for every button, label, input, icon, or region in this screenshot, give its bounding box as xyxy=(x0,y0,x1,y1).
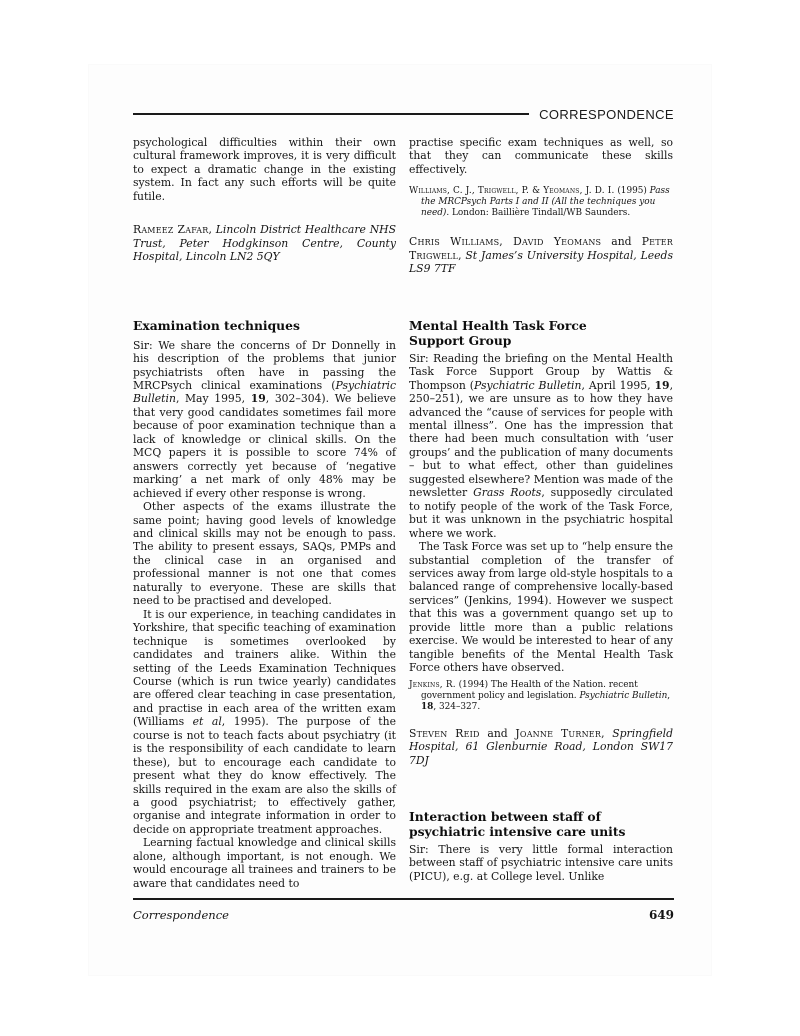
scanned-journal-page-canvas: { "header": { "running_head": "CORRESPON… xyxy=(0,0,800,1036)
paragraph: Sir: There is very little formal interac… xyxy=(409,843,673,883)
paragraph: Learning factual knowledge and clinical … xyxy=(133,836,396,890)
paragraph: Other aspects of the exams illustrate th… xyxy=(133,500,396,608)
continuation-paragraph: practise specific exam techniques as wel… xyxy=(409,136,673,176)
page-header: CORRESPONDENCE xyxy=(133,106,674,122)
paragraph: It is our experience, in teaching candid… xyxy=(133,608,396,837)
running-head: CORRESPONDENCE xyxy=(539,107,674,122)
signature-reid: Steven Reid and Joanne Turner, Springfie… xyxy=(409,727,673,767)
signature-williams: Chris Williams, David Yeomans and Peter … xyxy=(409,235,673,275)
paragraph: Sir: Reading the briefing on the Mental … xyxy=(409,352,673,540)
page-footer: Correspondence 649 xyxy=(133,908,674,922)
reference-jenkins: Jenkins, R. (1994) The Health of the Nat… xyxy=(409,680,673,713)
paragraph: The Task Force was set up to “help ensur… xyxy=(409,540,673,675)
continuation-paragraph: psychological difficulties within their … xyxy=(133,136,396,203)
signature-zafar: Rameez Zafar, Lincoln District Healthcar… xyxy=(133,223,396,263)
paragraph: Sir: We share the concerns of Dr Donnell… xyxy=(133,339,396,500)
footer-page-number: 649 xyxy=(649,908,674,922)
footer-rule xyxy=(133,898,674,900)
section-heading-picu-interaction: Interaction between staff of psychiatric… xyxy=(409,809,644,839)
left-column: psychological difficulties within their … xyxy=(133,136,396,890)
right-column: practise specific exam techniques as wel… xyxy=(409,136,673,883)
footer-journal-title: Correspondence xyxy=(133,908,229,922)
section-heading-examination-techniques: Examination techniques xyxy=(133,318,368,333)
section-heading-mental-health-task-force: Mental Health Task Force Support Group xyxy=(409,318,644,348)
reference-williams: Williams, C. J., Trigwell, P. & Yeomans,… xyxy=(409,186,673,219)
header-rule xyxy=(133,113,529,115)
